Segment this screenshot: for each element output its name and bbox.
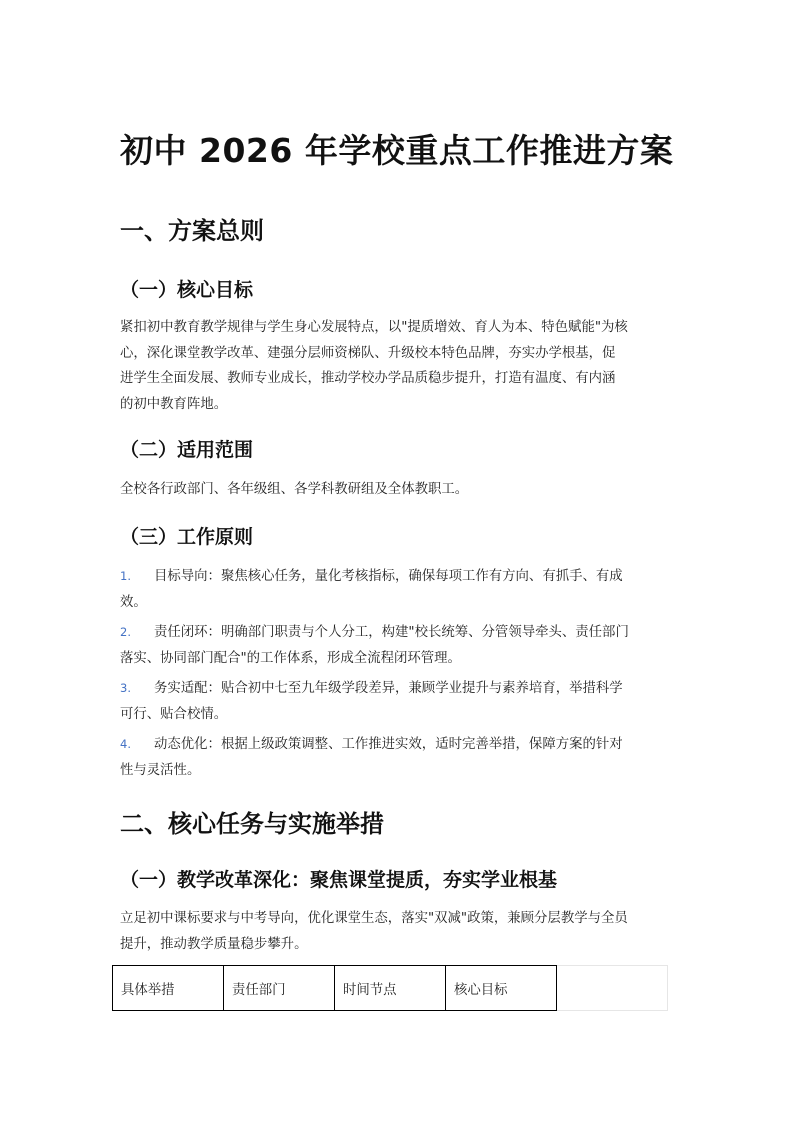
scope-paragraph: 全校各行政部门、各年级组、各学科教研组及全体教职工。 [120, 477, 676, 503]
table-header-row: 具体举措 责任部门 时间节点 核心目标 [113, 966, 668, 1011]
list-item-text: 务实适配：贴合初中七至九年级学段差异，兼顾学业提升与素养培育，举措科学 [154, 681, 623, 696]
paragraph-line: 的初中教育阵地。 [120, 392, 676, 418]
paragraph-line: 紧扣初中教育教学规律与学生身心发展特点，以"提质增效、育人为本、特色赋能"为核 [120, 315, 676, 341]
core-goal-paragraph: 紧扣初中教育教学规律与学生身心发展特点，以"提质增效、育人为本、特色赋能"为核 … [120, 315, 676, 417]
table-header-cell: 具体举措 [113, 966, 224, 1011]
teaching-reform-table: 具体举措 责任部门 时间节点 核心目标 [112, 965, 668, 1011]
principle-list-item: 1.目标导向：聚焦核心任务，量化考核指标，确保每项工作有方向、有抓手、有成 效。 [120, 564, 676, 615]
subsection-heading-scope: （二）适用范围 [120, 436, 253, 464]
table-header-cell: 时间节点 [335, 966, 446, 1011]
list-item-text: 责任闭环：明确部门职责与个人分工，构建"校长统筹、分管领导牵头、责任部门 [154, 625, 629, 640]
paragraph-line: 立足初中课标要求与中考导向，优化课堂生态，落实"双减"政策，兼顾分层教学与全员 [120, 906, 676, 932]
principle-list-item: 4.动态优化：根据上级政策调整、工作推进实效，适时完善举措，保障方案的针对 性与… [120, 732, 676, 783]
list-item-text: 动态优化：根据上级政策调整、工作推进实效，适时完善举措，保障方案的针对 [154, 737, 623, 752]
subsection-heading-principles: （三）工作原则 [120, 523, 253, 551]
table-empty-cell [557, 966, 668, 1011]
table-header-cell: 核心目标 [446, 966, 557, 1011]
section-heading-core-tasks: 二、核心任务与实施举措 [120, 807, 384, 841]
paragraph-line: 提升，推动教学质量稳步攀升。 [120, 932, 676, 958]
list-number: 3. [120, 676, 154, 702]
teaching-reform-paragraph: 立足初中课标要求与中考导向，优化课堂生态，落实"双减"政策，兼顾分层教学与全员 … [120, 906, 676, 957]
paragraph-line: 进学生全面发展、教师专业成长，推动学校办学品质稳步提升，打造有温度、有内涵 [120, 366, 676, 392]
table-header-cell: 责任部门 [224, 966, 335, 1011]
principle-list-item: 2.责任闭环：明确部门职责与个人分工，构建"校长统筹、分管领导牵头、责任部门 落… [120, 620, 676, 671]
list-number: 2. [120, 620, 154, 646]
principle-list-item: 3.务实适配：贴合初中七至九年级学段差异，兼顾学业提升与素养培育，举措科学 可行… [120, 676, 676, 727]
list-item-text: 目标导向：聚焦核心任务，量化考核指标，确保每项工作有方向、有抓手、有成 [154, 569, 623, 584]
list-number: 1. [120, 564, 154, 590]
document-page: 初中 2026 年学校重点工作推进方案 一、方案总则 （一）核心目标 紧扣初中教… [0, 0, 793, 1122]
subsection-heading-teaching-reform: （一）教学改革深化：聚焦课堂提质，夯实学业根基 [120, 866, 557, 894]
document-title: 初中 2026 年学校重点工作推进方案 [120, 128, 680, 174]
paragraph-line: 心，深化课堂教学改革、建强分层师资梯队、升级校本特色品牌，夯实办学根基，促 [120, 341, 676, 367]
list-number: 4. [120, 732, 154, 758]
section-heading-general: 一、方案总则 [120, 214, 264, 248]
list-item-text: 落实、协同部门配合"的工作体系，形成全流程闭环管理。 [120, 646, 676, 672]
list-item-text: 性与灵活性。 [120, 758, 676, 784]
subsection-heading-core-goal: （一）核心目标 [120, 276, 253, 304]
list-item-text: 可行、贴合校情。 [120, 702, 676, 728]
list-item-text: 效。 [120, 590, 676, 616]
